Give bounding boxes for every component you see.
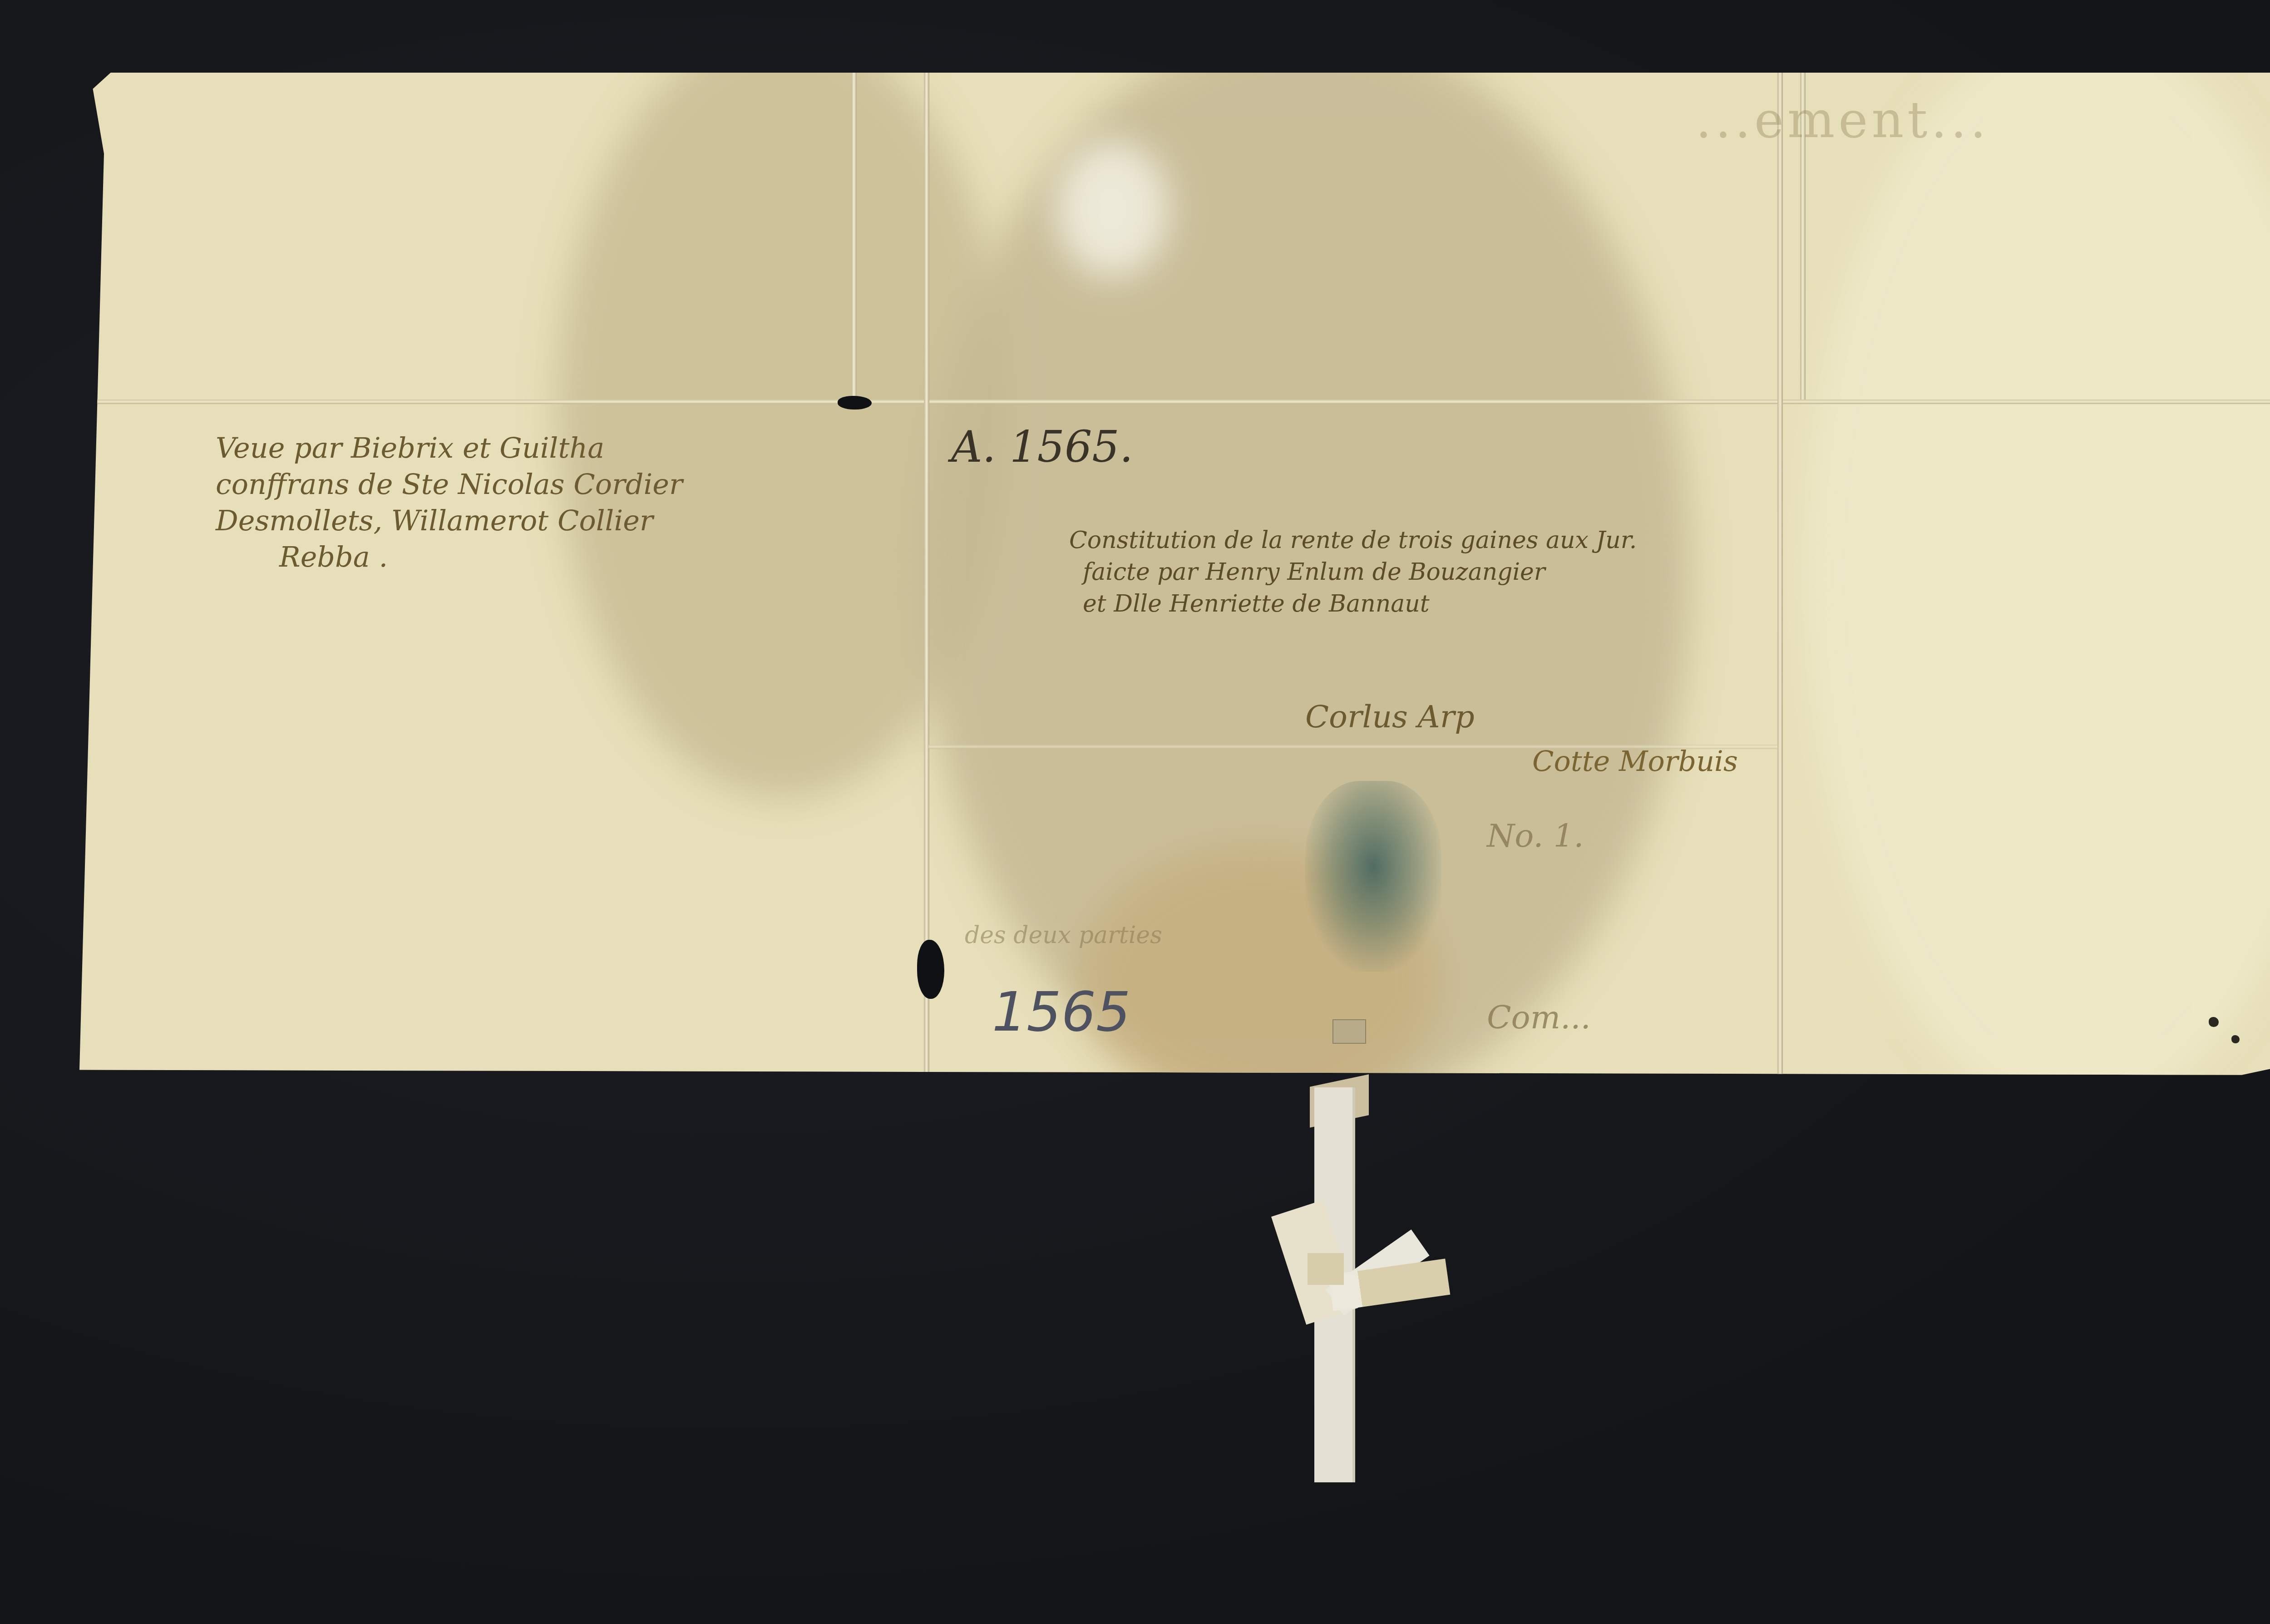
left-note-line-1: Veue par Biebrix et Guiltha xyxy=(216,431,604,464)
pale-blotch xyxy=(1056,141,1169,277)
summary-line-1: Constitution de la rente de trois gaines… xyxy=(1069,527,1637,554)
fold-line-vertical-2 xyxy=(1777,73,1783,1085)
left-note-line-3: Desmollets, Willamerot Collier xyxy=(216,504,653,537)
fold-line-vertical-1 xyxy=(924,73,929,1085)
summary-line-2: faicte par Henry Enlum de Bouzangier xyxy=(1083,558,1545,586)
bleed-through-text: ...ement... xyxy=(1696,91,1989,149)
light-region-right xyxy=(1805,73,2270,1085)
left-note-line-2: conffrans de Ste Nicolas Cordier xyxy=(216,468,683,501)
summary-line-3: et Dlle Henriette de Bannaut xyxy=(1083,590,1430,617)
hole-fold xyxy=(838,396,872,410)
pencil-number: 1565 xyxy=(992,981,1130,1044)
hole-lower xyxy=(917,940,944,999)
fold-line-vertical-1b xyxy=(851,73,857,400)
tag-square-fold xyxy=(1308,1253,1344,1285)
mould-stain xyxy=(1305,781,1441,972)
left-note-line-4: Rebba . xyxy=(279,540,388,573)
ink-spot-1 xyxy=(2209,1017,2219,1027)
folio-mark: No. 1. xyxy=(1487,817,1584,854)
lower-faint-note: des deux parties xyxy=(965,922,1162,949)
photo-stage: ...ement... Veue par Biebrix et Guiltha … xyxy=(0,0,2270,1624)
cote-mark: Cotte Morbuis xyxy=(1532,745,1738,778)
fold-line-horizontal xyxy=(79,400,2270,404)
signature-note: Corlus Arp xyxy=(1305,699,1475,735)
year-mark: A. 1565. xyxy=(951,422,1133,472)
tag-slot xyxy=(1332,1019,1366,1044)
ink-spot-2 xyxy=(2231,1035,2240,1043)
parchment-sheet: ...ement... Veue par Biebrix et Guiltha … xyxy=(79,73,2270,1085)
bottom-right-mark: Com... xyxy=(1487,999,1591,1036)
